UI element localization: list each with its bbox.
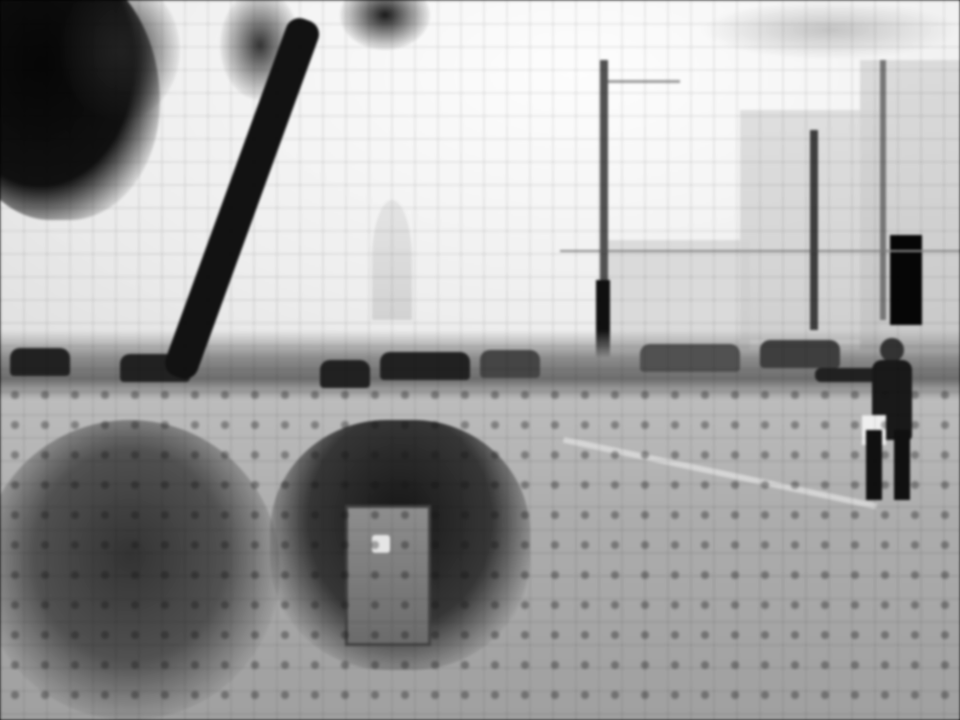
utility-pole: [880, 60, 886, 320]
cloud: [700, 0, 960, 60]
power-line: [560, 250, 960, 252]
pedestrian-leg: [894, 430, 910, 500]
car: [10, 348, 70, 376]
parked-cars-row: [0, 330, 960, 400]
pole-crossarm: [600, 80, 680, 83]
car: [380, 352, 470, 380]
building-doorway: [890, 235, 922, 325]
distant-building: [372, 200, 412, 320]
pedestrian-head: [880, 338, 904, 362]
car: [640, 344, 740, 372]
street-photo: [0, 0, 960, 720]
car: [320, 360, 370, 388]
car: [760, 340, 840, 368]
box-highlight: [372, 535, 390, 553]
pedestrian-leg: [866, 430, 882, 500]
car: [480, 350, 540, 378]
utility-pole: [810, 130, 818, 330]
box-object: [345, 505, 431, 646]
